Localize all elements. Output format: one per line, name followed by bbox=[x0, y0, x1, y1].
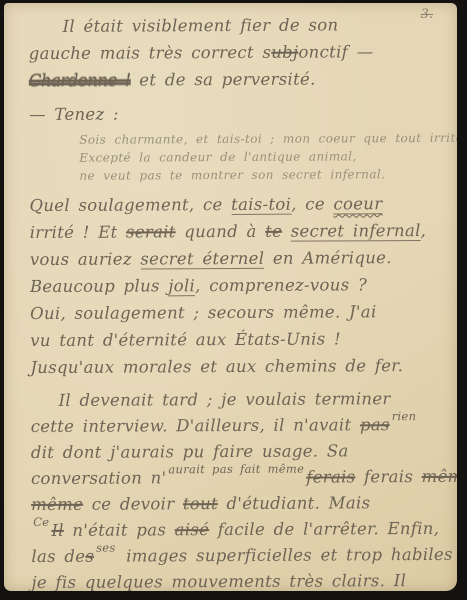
handwritten-text: d'étudiant. Mais bbox=[218, 493, 370, 513]
strikethrough-text: serait bbox=[126, 222, 176, 241]
handwritten-text: ne veut pas te montrer son secret infern… bbox=[79, 167, 385, 183]
handwritten-text: facile de l'arrêter. Enfin, bbox=[209, 519, 439, 539]
manuscript-line: je fis quelques mouvements très clairs. … bbox=[31, 568, 442, 591]
manuscript-text: Il était visiblement fier de songauche m… bbox=[4, 3, 457, 591]
handwritten-text: Oui, soulagement ; secours même. J'ai bbox=[30, 302, 377, 323]
underlined-text: coeur bbox=[333, 194, 382, 214]
handwritten-text: Quel soulagement, ce bbox=[29, 195, 231, 215]
manuscript-line: vous auriez secret éternel en Amérique. bbox=[30, 244, 441, 273]
underlined-text: tais-toi bbox=[231, 195, 291, 215]
underlined-text: secret éternel bbox=[140, 249, 264, 270]
handwritten-text: — Tenez : bbox=[29, 105, 119, 124]
handwritten-text: gauche mais très correct s bbox=[29, 43, 272, 63]
handwritten-text: Il était visiblement fier de son bbox=[63, 15, 339, 35]
manuscript-line: irrité ! Et serait quand à te secret inf… bbox=[30, 217, 441, 246]
manuscript-line: Il était visiblement fier de son bbox=[29, 11, 440, 40]
strikethrough-text: Il bbox=[51, 521, 64, 540]
manuscript-line: las desses images superficielles et trop… bbox=[31, 542, 442, 570]
manuscript-line: même ce devoir tout d'étudiant. Mais bbox=[31, 490, 442, 518]
handwritten-text: Beaucoup plus bbox=[30, 276, 168, 296]
strikethrough-text: tout bbox=[183, 494, 218, 513]
strikethrough-text: même bbox=[31, 495, 83, 514]
handwritten-text: ce devoir bbox=[83, 494, 183, 514]
strikethrough-text: te bbox=[265, 222, 282, 241]
manuscript-line: CeIl n'était pas aisé facile de l'arrête… bbox=[31, 516, 442, 544]
manuscript-line: Quel soulagement, ce tais-toi, ce coeur bbox=[29, 190, 440, 219]
handwritten-text: conversation n' bbox=[31, 468, 167, 488]
manuscript-line: vu tant d'éternité aux États-Unis ! bbox=[30, 325, 441, 354]
manuscript-line: Beaucoup plus joli, comprenez-vous ? bbox=[30, 271, 441, 300]
manuscript-line: conversation n'aurait pas fait mêmeferai… bbox=[31, 464, 442, 492]
handwritten-text: Jusqu'aux morales et aux chemins de fer. bbox=[30, 356, 403, 377]
handwritten-text: je fis quelques mouvements très clairs. … bbox=[31, 571, 406, 591]
strikethrough-text: même pas bbox=[422, 467, 457, 486]
handwritten-text: images superficielles et trop habiles bbox=[118, 545, 453, 566]
scribbled-out-text: Chardonne ! bbox=[29, 71, 131, 91]
manuscript-line: Jusqu'aux morales et aux chemins de fer. bbox=[30, 352, 441, 381]
handwritten-text: quand à bbox=[176, 222, 266, 241]
strikethrough-text: pas bbox=[360, 415, 390, 434]
handwritten-text: , comprenez-vous ? bbox=[195, 275, 367, 295]
handwritten-text: Il devenait tard ; je voulais terminer bbox=[58, 389, 390, 410]
inserted-text: aurait pas fait même bbox=[168, 469, 304, 470]
handwritten-text: cette interview. D'ailleurs, il n'avait bbox=[31, 415, 360, 436]
handwritten-text: , bbox=[421, 221, 427, 240]
manuscript-line: Il devenait tard ; je voulais terminer bbox=[30, 386, 441, 414]
manuscript-line: Sois charmante, et tais-toi ; mon coeur … bbox=[29, 129, 440, 149]
handwritten-text: Excepté la candeur de l'antique animal, bbox=[79, 149, 356, 164]
handwritten-text: n'était pas bbox=[64, 520, 175, 540]
handwritten-text: ferais bbox=[355, 467, 421, 486]
manuscript-line: gauche mais très correct subjonctif — bbox=[29, 38, 440, 67]
manuscript-line: ne veut pas te montrer son secret infern… bbox=[29, 165, 440, 185]
manuscript-line: cette interview. D'ailleurs, il n'avait … bbox=[31, 412, 442, 440]
manuscript-line: Oui, soulagement ; secours même. J'ai bbox=[30, 298, 441, 327]
handwritten-text: onctif — bbox=[298, 42, 373, 61]
handwritten-text: irrité ! Et bbox=[30, 223, 126, 243]
manuscript-line: — Tenez : bbox=[29, 99, 440, 128]
strikethrough-text: ubj bbox=[271, 43, 298, 62]
strikethrough-text: s bbox=[85, 547, 94, 566]
handwritten-text: las de bbox=[31, 547, 85, 566]
handwritten-text: vu tant d'éternité aux États-Unis ! bbox=[30, 329, 341, 350]
strikethrough-text: aisé bbox=[175, 520, 210, 539]
strikethrough-text: ferais bbox=[306, 467, 355, 486]
underlined-text: secret infernal bbox=[291, 221, 421, 242]
handwritten-text bbox=[282, 222, 291, 241]
handwritten-text: dit dont j'aurais pu faire usage. Sa bbox=[31, 441, 349, 462]
handwritten-text: Sois charmante, et tais-toi ; mon coeur … bbox=[79, 131, 457, 147]
manuscript-line: Chardonne ! et de sa perversité. bbox=[29, 65, 440, 94]
handwritten-text: , ce bbox=[291, 194, 333, 213]
manuscript-line: Excepté la candeur de l'antique animal, bbox=[29, 147, 440, 167]
handwritten-text: et de sa perversité. bbox=[131, 70, 316, 90]
handwritten-text: en Amérique. bbox=[264, 248, 392, 268]
handwritten-text: vous auriez bbox=[30, 249, 141, 269]
underlined-text: joli bbox=[168, 276, 195, 296]
manuscript-paper: 3. Il était visiblement fier de songauch… bbox=[4, 3, 457, 591]
